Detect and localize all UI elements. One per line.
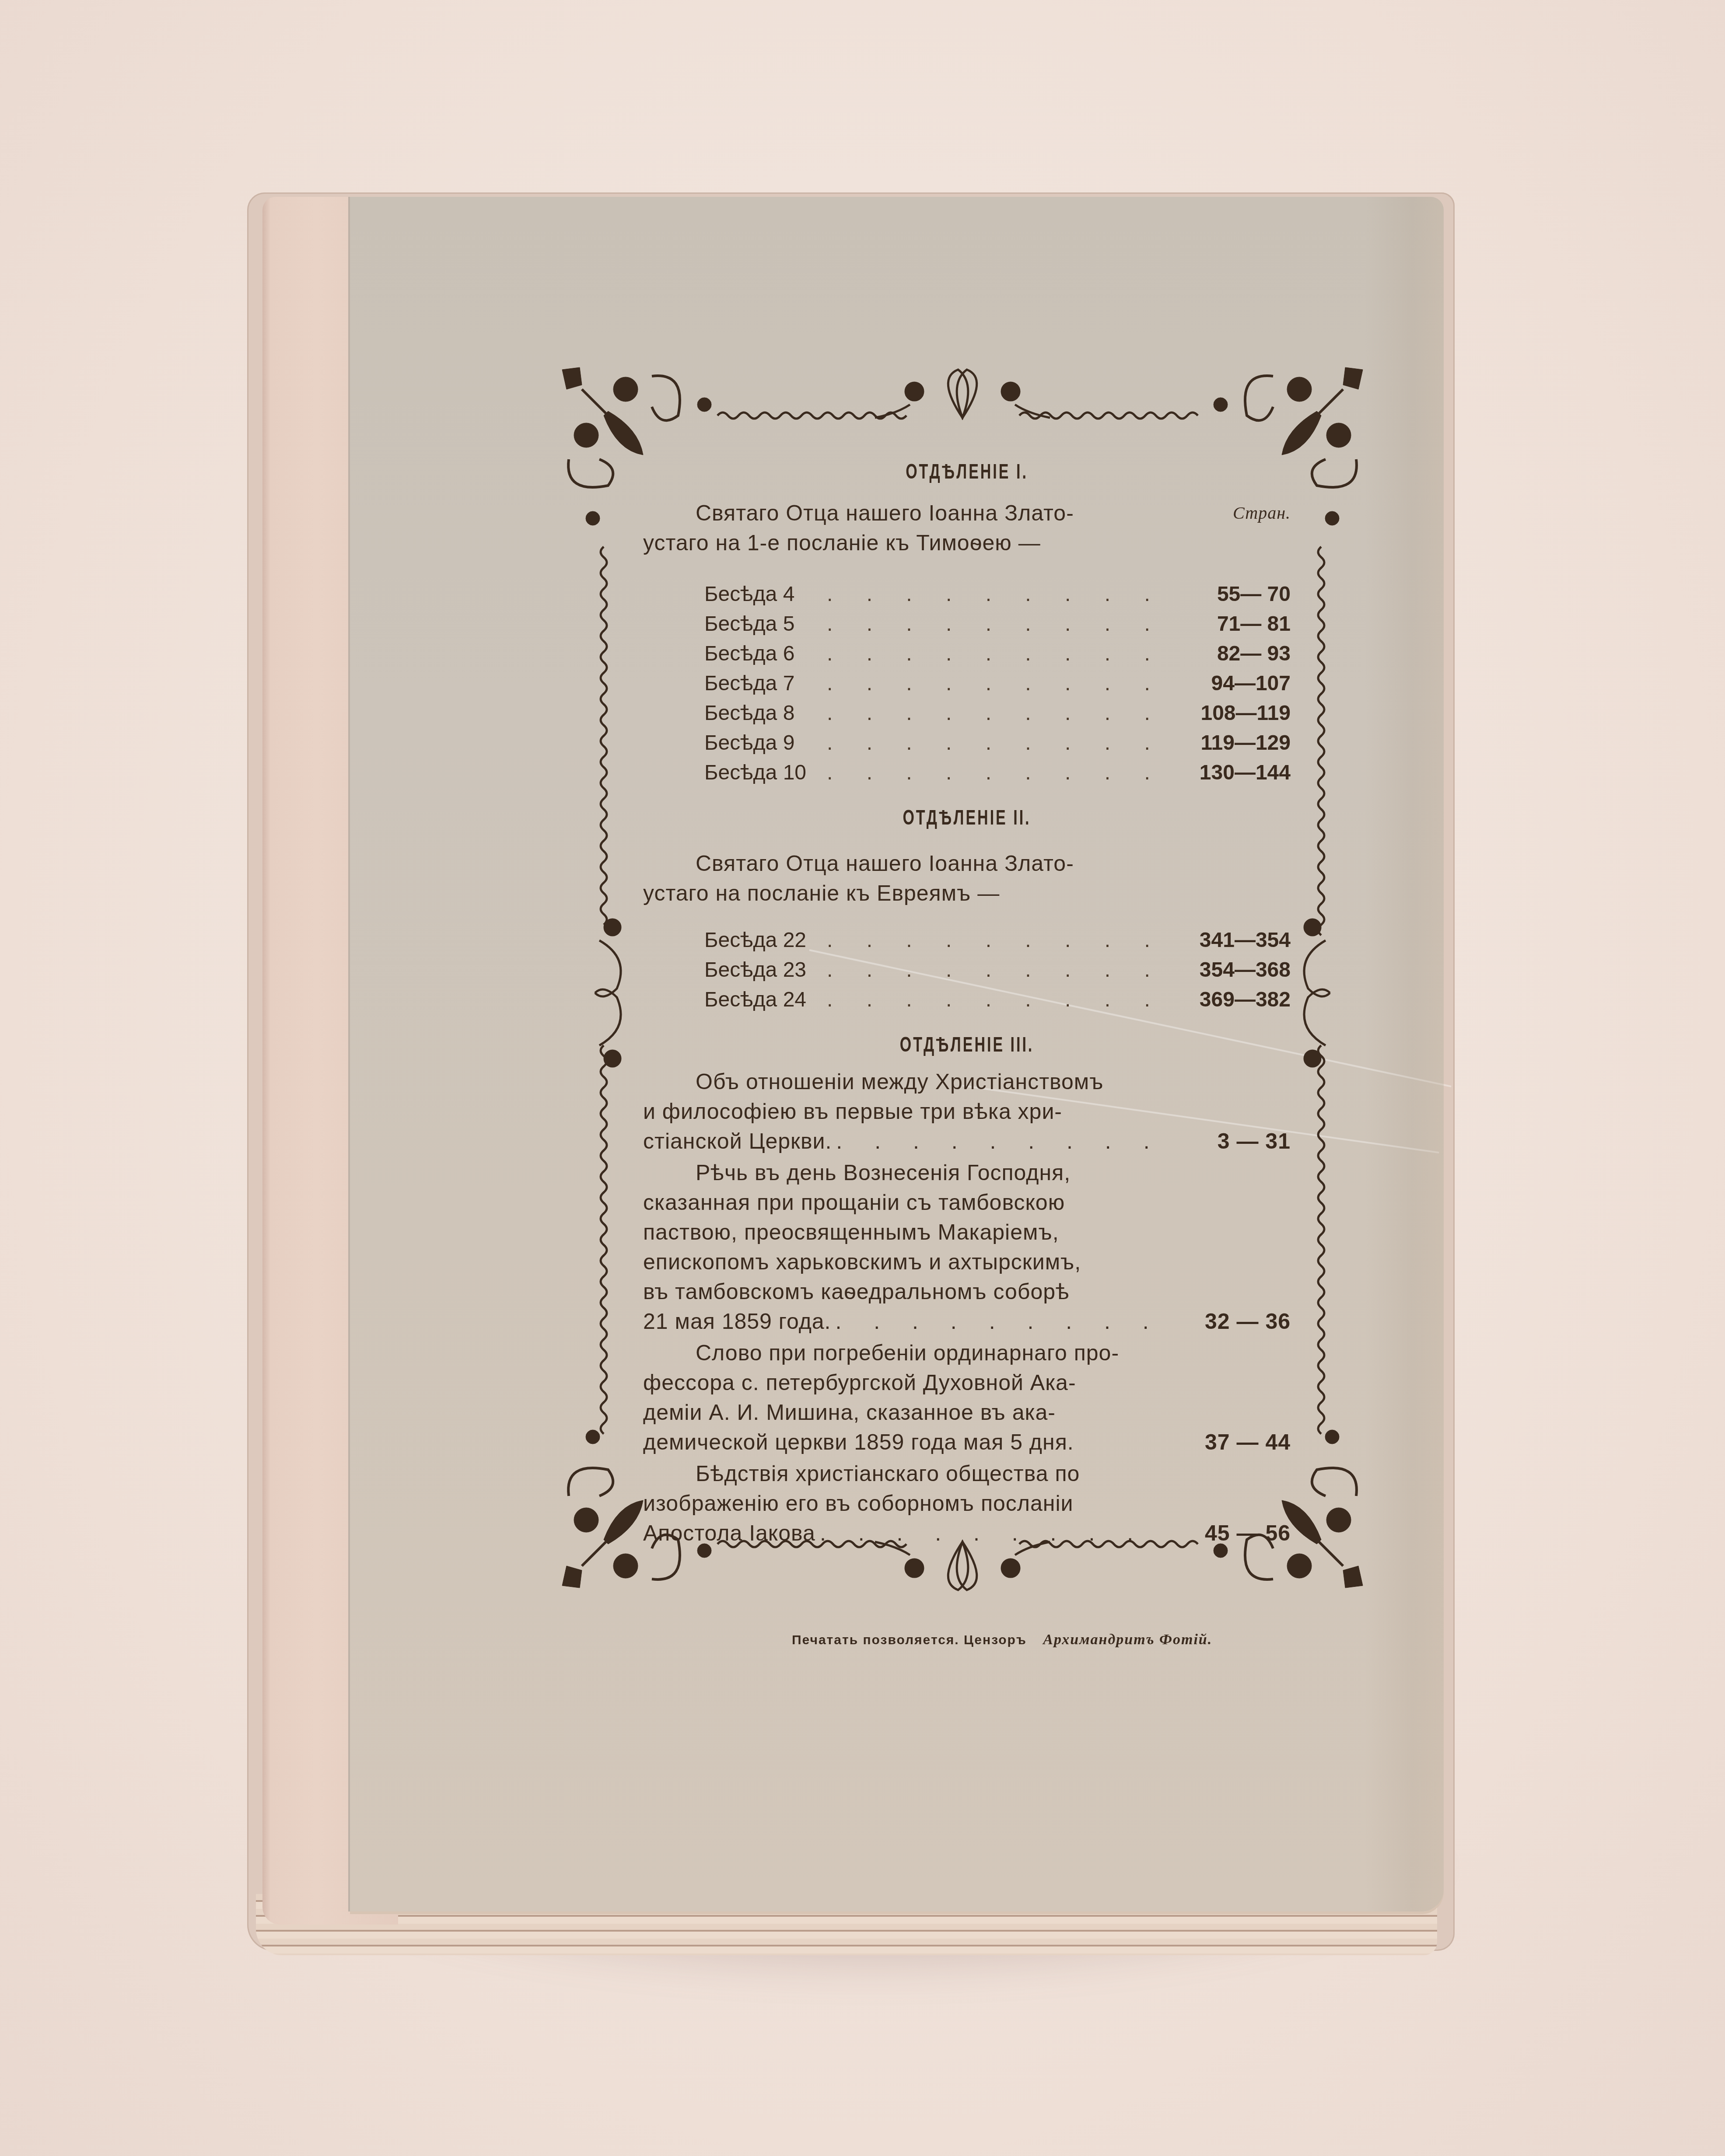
list-item: Бесѣда 22. . . . . . . . .341—354	[643, 926, 1291, 955]
entries-list: Бесѣда 22. . . . . . . . .341—354 Бесѣда…	[643, 926, 1291, 1015]
entry-label: Бесѣда 7	[643, 669, 827, 699]
list-item: Рѣчь въ день Вознесенія Господня, сказан…	[643, 1158, 1291, 1336]
entry-label: Бесѣда 5	[643, 609, 827, 639]
entry-line: стіанской Церкви.	[643, 1126, 832, 1156]
dot-leader: . . . . . . . . .	[827, 955, 1168, 985]
list-item: Бесѣда 8. . . . . . . . .108—119	[643, 699, 1291, 728]
list-item: Объ отношеніи между Христіанствомъ и фил…	[643, 1067, 1291, 1156]
section-title: ОТДѢЛЕНІЕ I.	[643, 460, 1291, 484]
entry-pages: 3 — 31	[1186, 1126, 1291, 1156]
entry-pages: 354—368	[1168, 955, 1291, 985]
entry-label: Бесѣда 8	[643, 699, 827, 728]
dot-leader: . . . . . . . . .	[827, 639, 1168, 669]
entry-label: Бесѣда 6	[643, 639, 827, 669]
entry-last-line: 21 мая 1859 года. . . . . . . . . . 32 —…	[643, 1307, 1291, 1336]
entry-line: Бѣдствія христіанскаго общества по	[643, 1459, 1291, 1489]
list-item: Бесѣда 9. . . . . . . . .119—129	[643, 728, 1291, 758]
intro-line: устаго на 1-е посланіе къ Тимоѳею —	[643, 528, 1291, 558]
entry-pages: 45 — 56	[1186, 1518, 1291, 1548]
entry-line: деміи А. И. Мишина, сказанное въ ака-	[643, 1398, 1291, 1427]
list-item: Бесѣда 24. . . . . . . . .369—382	[643, 985, 1291, 1015]
section-2: ОТДѢЛЕНІЕ II. Святаго Отца нашего Іоанна…	[643, 810, 1291, 1015]
section-1: ОТДѢЛЕНІЕ I. Святаго Отца нашего Іоанна …	[643, 464, 1291, 788]
censor-imprimatur: Печатать позволяется. Цензоръ Архимандри…	[792, 1632, 1212, 1648]
entry-pages: 341—354	[1168, 926, 1291, 955]
dot-leader: . . . . . . . . .	[827, 926, 1168, 955]
entry-pages: 82— 93	[1168, 639, 1291, 669]
censor-signature: Архимандритъ Фотій.	[1043, 1632, 1212, 1648]
list-item: Бесѣда 23. . . . . . . . .354—368	[643, 955, 1291, 985]
entry-pages: 369—382	[1168, 985, 1291, 1015]
entry-line: фессора с. петербургской Духовной Ака-	[643, 1368, 1291, 1398]
entry-pages: 71— 81	[1168, 609, 1291, 639]
entry-line: и философіею въ первые три вѣка хри-	[643, 1097, 1291, 1126]
entry-line: въ тамбовскомъ каѳедральномъ соборѣ	[643, 1277, 1291, 1307]
entry-last-line: Апостола Іакова . . . . . . . . . 45 — 5…	[643, 1518, 1291, 1548]
entry-label: Бесѣда 23	[643, 955, 827, 985]
dot-leader: . . . . . . . . .	[827, 728, 1168, 758]
dot-leader: . . . . . . . . .	[831, 1307, 1186, 1336]
entry-line: сказанная при прощаніи съ тамбовскою	[643, 1188, 1291, 1217]
entry-pages: 94—107	[1168, 669, 1291, 699]
entry-last-line: демической церкви 1859 года мая 5 дня. 3…	[643, 1427, 1291, 1457]
entry-line: 21 мая 1859 года.	[643, 1307, 831, 1336]
entry-line: паствою, преосвященнымъ Макаріемъ,	[643, 1217, 1291, 1247]
intro-line: Святаго Отца нашего Іоанна Злато-	[643, 498, 1291, 528]
list-item: Бесѣда 5. . . . . . . . .71— 81	[643, 609, 1291, 639]
pages-column-label: Стран.	[1233, 498, 1291, 528]
dot-leader: . . . . . . . . .	[827, 580, 1168, 609]
list-item: Бесѣда 6. . . . . . . . .82— 93	[643, 639, 1291, 669]
section-intro: Святаго Отца нашего Іоанна Злато- устаго…	[643, 498, 1291, 558]
entry-line: демической церкви 1859 года мая 5 дня.	[643, 1427, 1074, 1457]
list-item: Бесѣда 4. . . . . . . . .55— 70	[643, 580, 1291, 609]
dot-leader: . . . . . . . . .	[832, 1126, 1186, 1156]
entry-label: Бесѣда 4	[643, 580, 827, 609]
imprimatur-text: Печатать позволяется. Цензоръ	[792, 1633, 1027, 1647]
dot-leader: . . . . . . . . .	[827, 669, 1168, 699]
dot-leader: . . . . . . . . .	[827, 699, 1168, 728]
list-item: Бѣдствія христіанскаго общества по изобр…	[643, 1459, 1291, 1548]
entry-label: Бесѣда 10	[643, 758, 827, 788]
entry-label: Бесѣда 24	[643, 985, 827, 1015]
entry-line: Апостола Іакова	[643, 1518, 815, 1548]
entry-pages: 108—119	[1168, 699, 1291, 728]
entry-line: Объ отношеніи между Христіанствомъ	[643, 1067, 1291, 1097]
entry-line: Рѣчь въ день Вознесенія Господня,	[643, 1158, 1291, 1188]
intro-line: Святаго Отца нашего Іоанна Злато-	[643, 849, 1291, 878]
entry-last-line: стіанской Церкви. . . . . . . . . . 3 — …	[643, 1126, 1291, 1156]
entry-pages: 119—129	[1168, 728, 1291, 758]
list-item: Слово при погребеніи ординарнаго про- фе…	[643, 1338, 1291, 1457]
list-item: Бесѣда 7. . . . . . . . .94—107	[643, 669, 1291, 699]
section-intro: Святаго Отца нашего Іоанна Злато- устаго…	[643, 849, 1291, 908]
entry-label: Бесѣда 9	[643, 728, 827, 758]
dot-leader: . . . . . . . . .	[827, 609, 1168, 639]
list-item: Бесѣда 10. . . . . . . . .130—144	[643, 758, 1291, 788]
section-3: ОТДѢЛЕНІЕ III. Объ отношеніи между Христ…	[643, 1037, 1291, 1548]
entry-line: Слово при погребеніи ординарнаго про-	[643, 1338, 1291, 1368]
table-of-contents: ОТДѢЛЕНІЕ I. Святаго Отца нашего Іоанна …	[643, 464, 1291, 1548]
entries-list: Бесѣда 4. . . . . . . . .55— 70 Бесѣда 5…	[643, 580, 1291, 788]
entry-pages: 55— 70	[1168, 580, 1291, 609]
entry-pages: 32 — 36	[1186, 1307, 1291, 1336]
entry-pages: 37 — 44	[1186, 1427, 1291, 1457]
section-title: ОТДѢЛЕНІЕ II.	[643, 806, 1291, 830]
dot-leader: . . . . . . . . .	[815, 1518, 1186, 1548]
entry-line: епископомъ харьковскимъ и ахтырскимъ,	[643, 1247, 1291, 1277]
entry-label: Бесѣда 22	[643, 926, 827, 955]
entry-pages: 130—144	[1168, 758, 1291, 788]
dot-leader: . . . . . . . . .	[827, 985, 1168, 1015]
section-title: ОТДѢЛЕНІЕ III.	[643, 1033, 1291, 1057]
dot-leader: . . . . . . . . .	[827, 758, 1168, 788]
intro-line: устаго на посланіе къ Евреямъ —	[643, 878, 1291, 908]
entry-line: изображенію его въ соборномъ посланіи	[643, 1489, 1291, 1518]
